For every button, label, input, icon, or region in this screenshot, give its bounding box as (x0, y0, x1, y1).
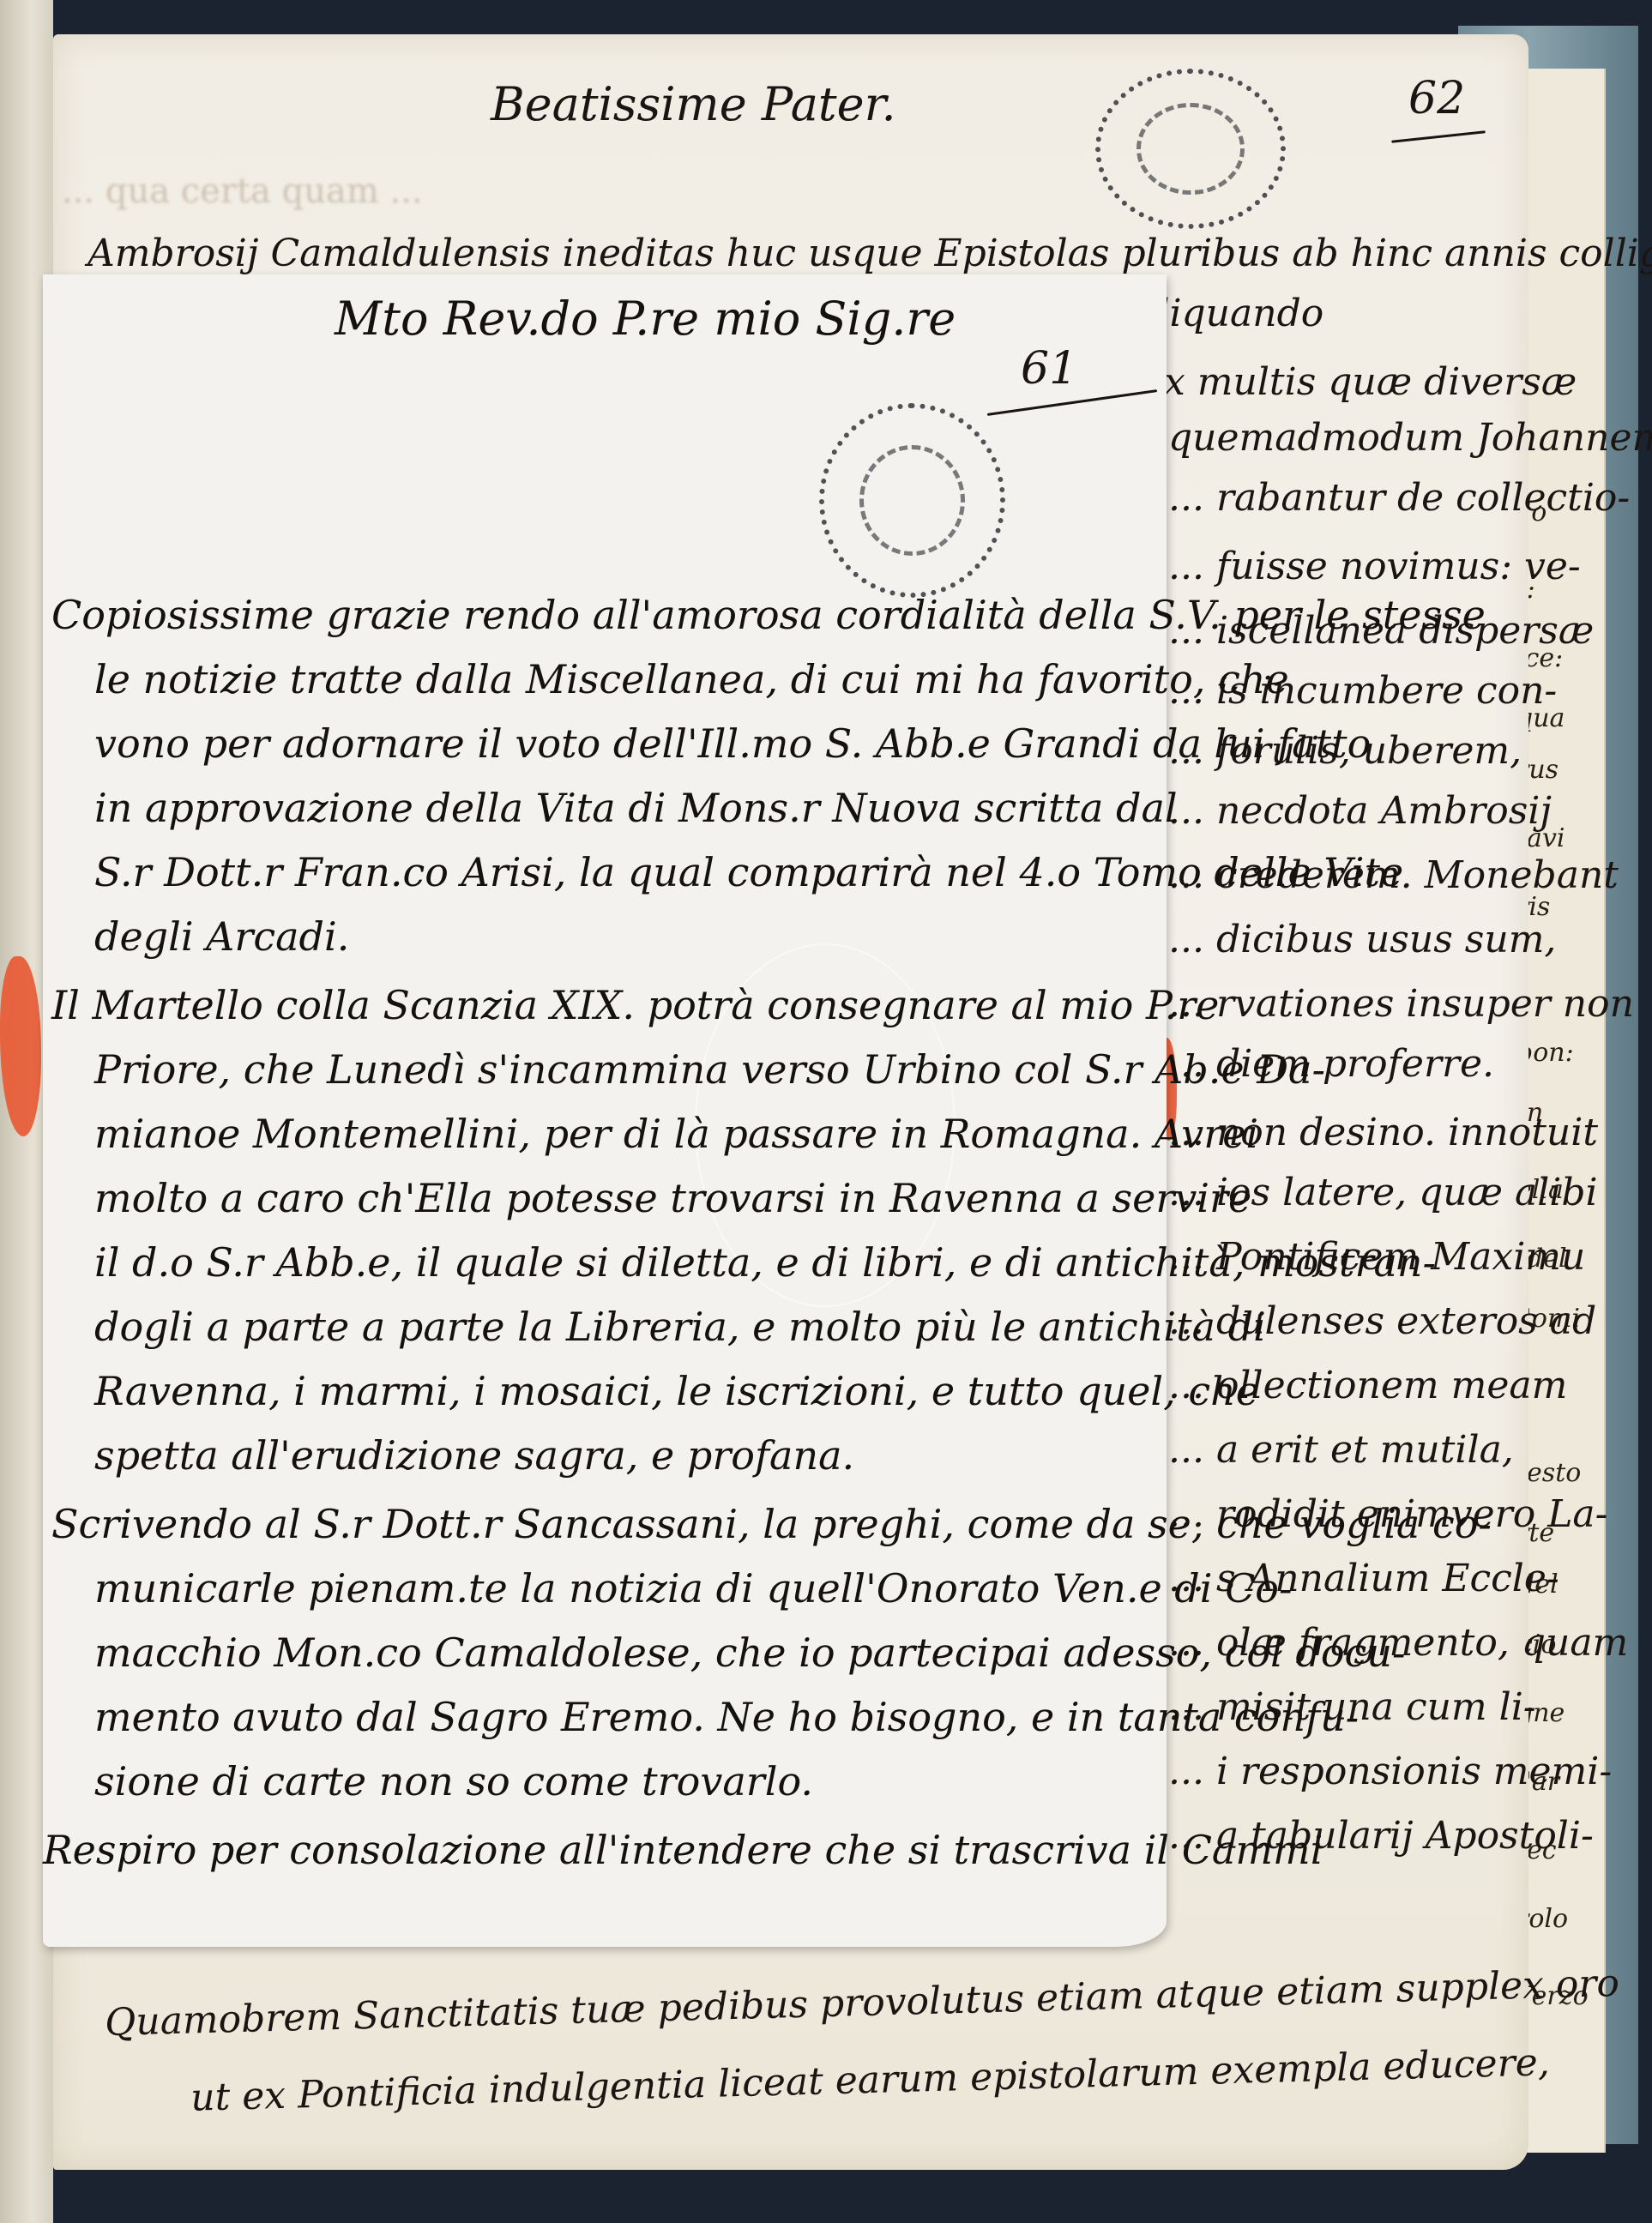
library-stamp-icon (819, 403, 1005, 598)
note-line: molto a caro ch'Ella potesse trovarsi in… (94, 1175, 1251, 1221)
overlay-note-leaf: Mto Rev.do P.re mio Sig.re 61 Copiosissi… (43, 274, 1167, 1947)
note-line: Copiosissime grazie rendo all'amorosa co… (51, 592, 1486, 638)
main-line: ... necdota Ambrosij (1168, 789, 1552, 833)
note-line: il d.o S.r Abb.e, il quale si diletta, e… (94, 1239, 1436, 1286)
main-line: ... fuisse novimus: ve- (1168, 545, 1581, 588)
closing-line: Quamobrem Sanctitatis tuæ pedibus provol… (105, 1961, 1620, 2045)
main-line: Ambrosij Camaldulensis ineditas huc usqu… (87, 232, 1652, 275)
note-line: in approvazione della Vita di Mons.r Nuo… (94, 785, 1178, 831)
closing-line: ut ex Pontificia indulgentia liceat earu… (190, 2040, 1551, 2119)
folio-number-61: 61 (1021, 343, 1077, 395)
main-salutation: Beatissime Pater. (491, 77, 896, 131)
note-line: spetta all'erudizione sagra, e profana. (94, 1432, 854, 1479)
show-through-text: ... qua certa quam ... (62, 172, 423, 211)
note-line: Priore, che Lunedì s'incammina verso Urb… (94, 1046, 1325, 1093)
note-line: municarle pienam.te la notizia di quell'… (94, 1565, 1293, 1612)
note-line: Ravenna, i marmi, i mosaici, le iscrizio… (94, 1368, 1259, 1414)
note-line: dogli a parte a parte la Libreria, e mol… (94, 1304, 1266, 1350)
note-line: macchio Mon.co Camaldolese, che io parte… (94, 1630, 1406, 1676)
folio-underline (1391, 130, 1486, 142)
main-line: ... a erit et mutila, (1168, 1428, 1514, 1472)
main-line: x multis quæ diversæ (1164, 360, 1577, 404)
note-line: le notizie tratte dalla Miscellanea, di … (94, 656, 1289, 702)
note-line: Scrivendo al S.r Dott.r Sancassani, la p… (51, 1501, 1492, 1547)
main-line: ... rvationes insuper non (1168, 982, 1634, 1026)
note-line: vono per adornare il voto dell'Ill.mo S.… (94, 720, 1371, 767)
note-line: mianoe Montemellini, per di là passare i… (94, 1111, 1258, 1157)
main-line: ... i responsionis memi- (1168, 1750, 1612, 1793)
note-salutation: Mto Rev.do P.re mio Sig.re (335, 292, 956, 346)
main-line: ... rabantur de collectio- (1168, 476, 1630, 520)
note-line: sione di carte non so come trovarlo. (94, 1758, 813, 1804)
main-line: quemadmodum Johannem (1168, 416, 1652, 460)
note-line: S.r Dott.r Fran.co Arisi, la qual compar… (94, 849, 1403, 895)
folio-number-62: 62 (1408, 73, 1465, 124)
main-line: ... dicibus usus sum, (1168, 918, 1556, 961)
note-line: Il Martello colla Scanzia XIX. potrà con… (51, 982, 1219, 1028)
library-stamp-icon (1095, 69, 1286, 229)
note-line: degli Arcadi. (94, 913, 349, 960)
note-line: mento avuto dal Sagro Eremo. Ne ho bisog… (94, 1694, 1359, 1740)
note-line: Respiro per consolazione all'intendere c… (43, 1827, 1323, 1873)
